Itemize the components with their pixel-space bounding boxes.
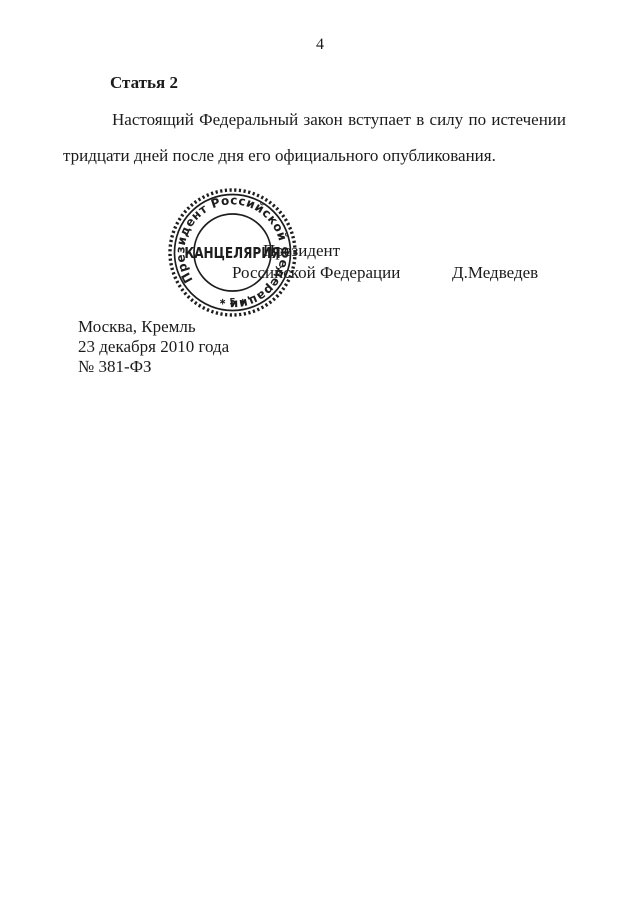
body-paragraph-line-2: тридцати дней после дня его официального… <box>63 146 496 166</box>
chancellery-round-stamp-icon: Президент Российской Федерации КАНЦЕЛЯРИ… <box>162 182 303 323</box>
footer-place: Москва, Кремль <box>78 317 196 337</box>
article-heading: Статья 2 <box>110 73 178 93</box>
page-number: 4 <box>0 36 640 54</box>
stamp-bottom-number: ∗ 5 ∗ <box>219 298 247 308</box>
stamp-center-text: КАНЦЕЛЯРИЯ <box>184 245 280 263</box>
document-page: 4 Статья 2 Настоящий Федеральный закон в… <box>0 0 640 905</box>
body-paragraph-line-1: Настоящий Федеральный закон вступает в с… <box>63 110 566 130</box>
footer-doc-number: № 381-ФЗ <box>78 357 152 377</box>
signature-name: Д.Медведев <box>452 263 538 283</box>
footer-date: 23 декабря 2010 года <box>78 337 229 357</box>
